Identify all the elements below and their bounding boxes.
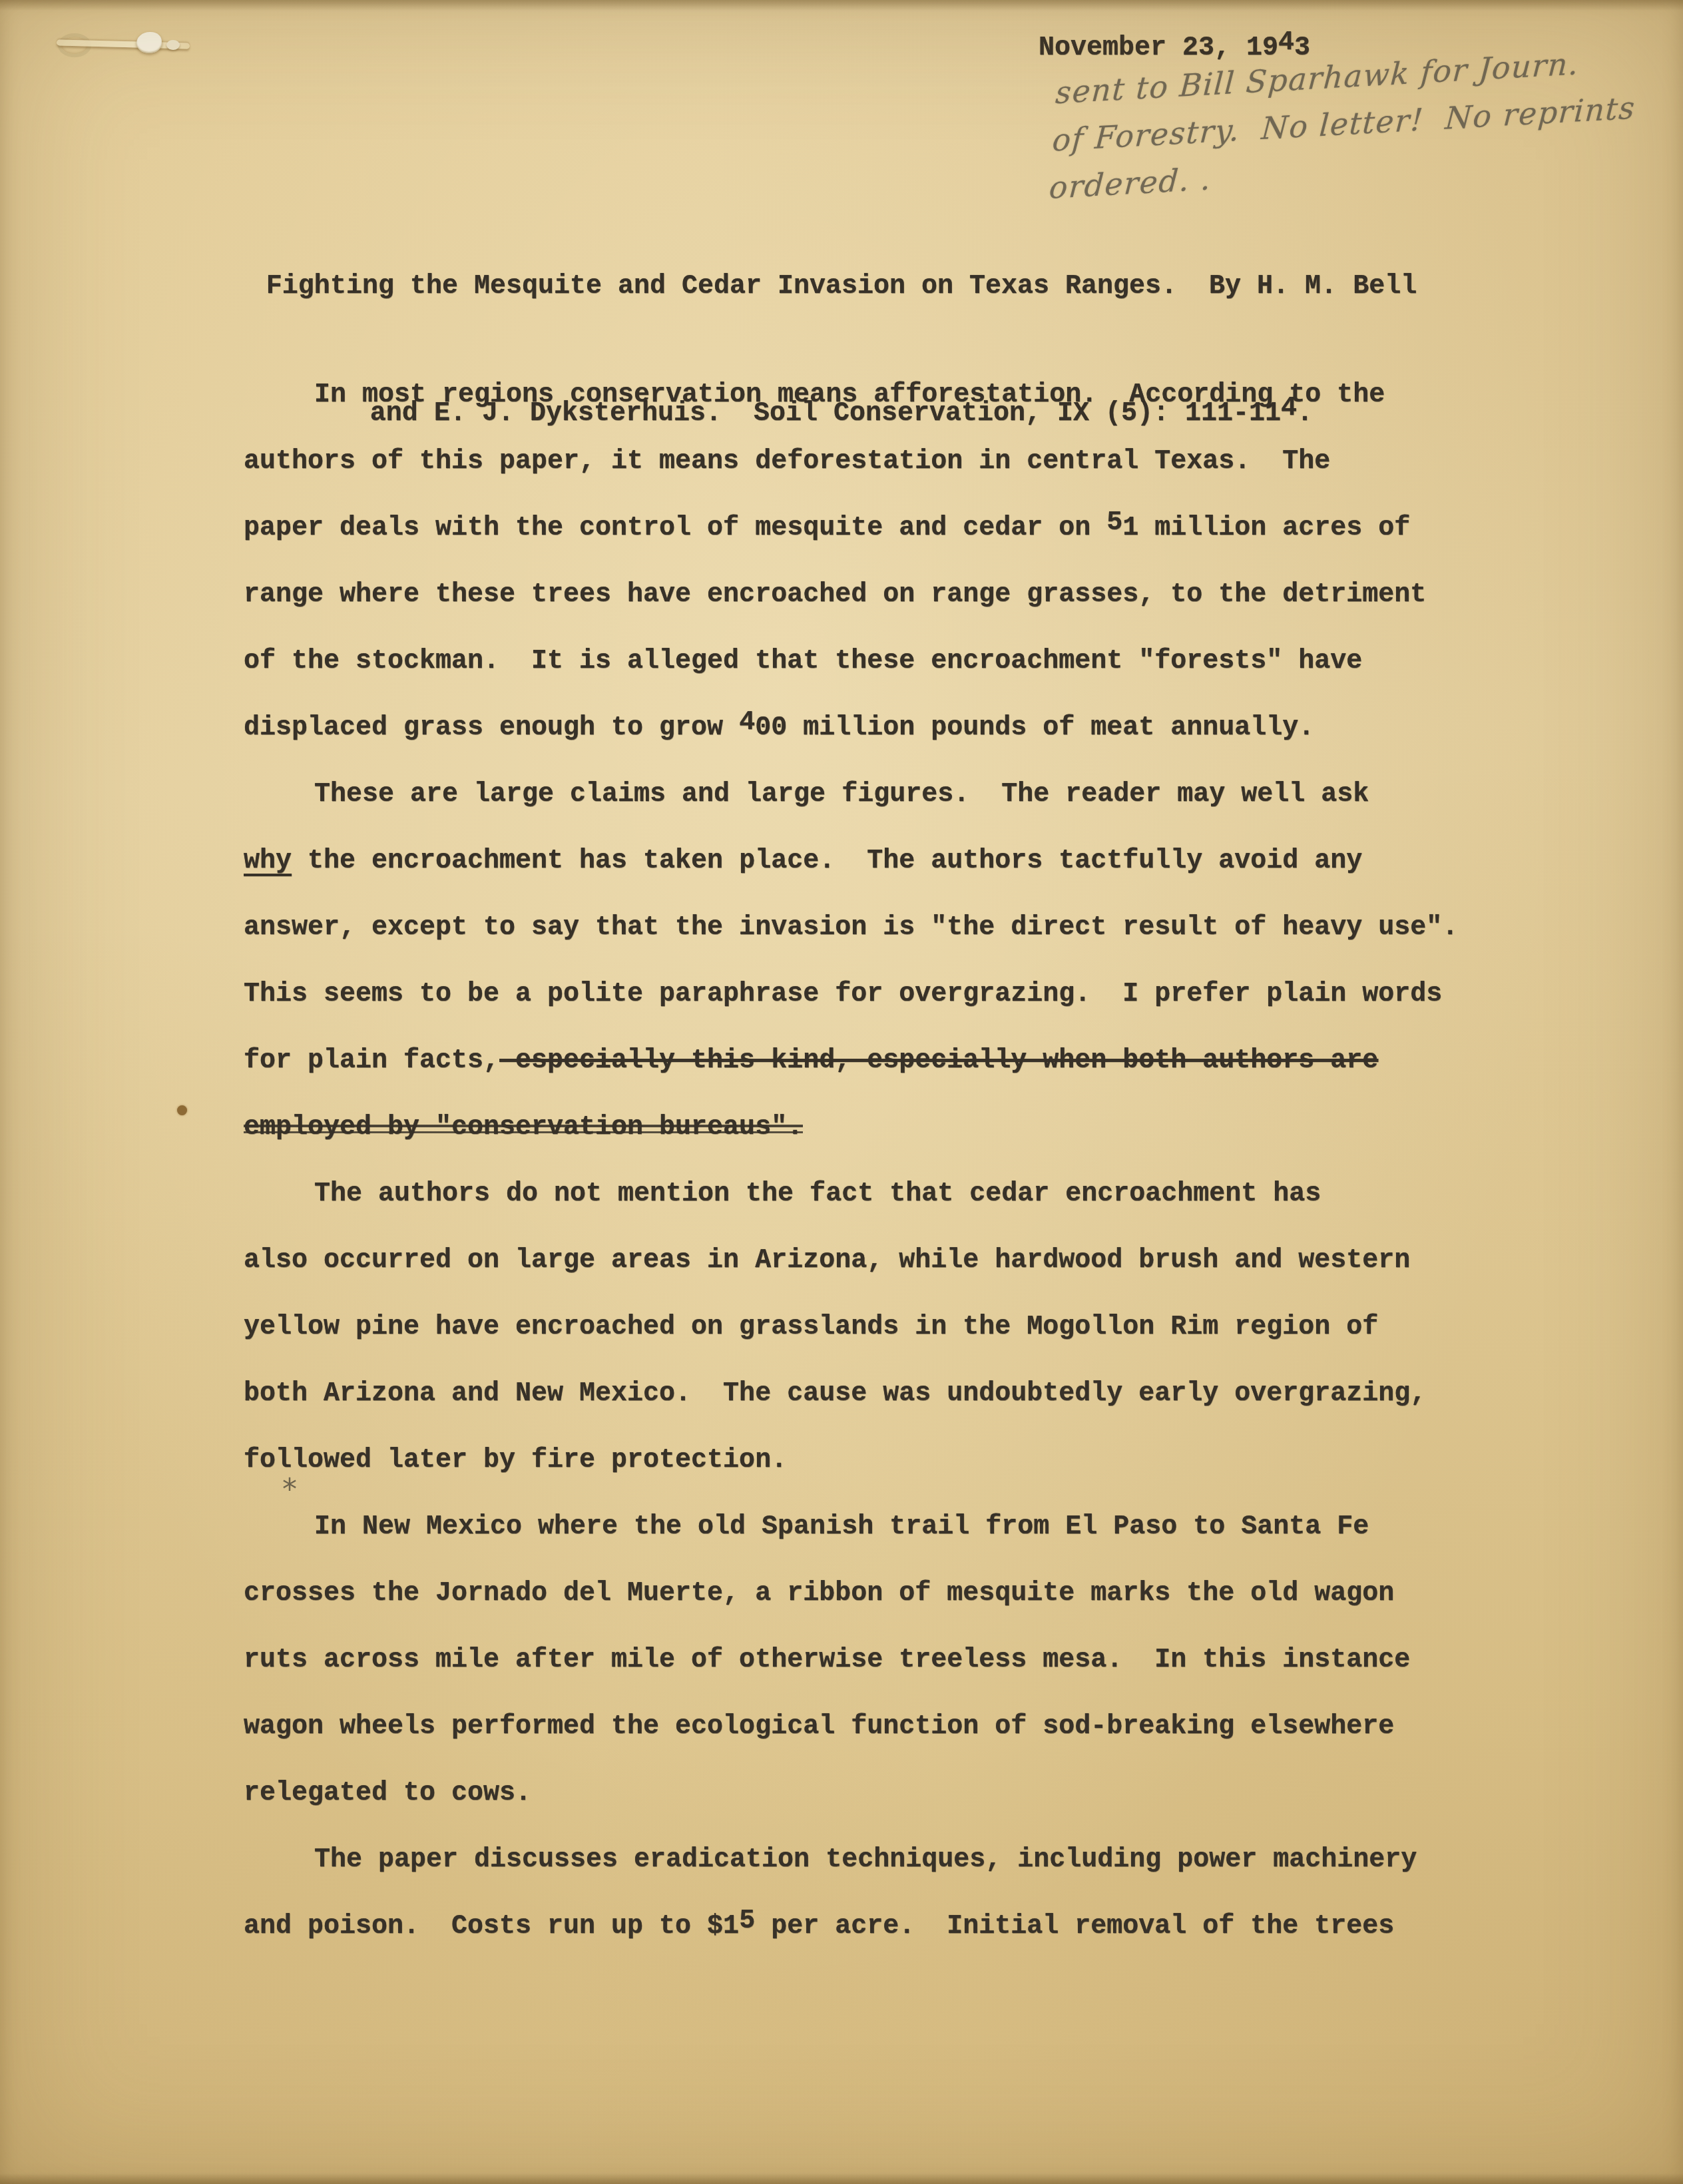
typed-line: also occurred on large areas in Arizona,… bbox=[244, 1228, 1458, 1294]
typed-line: These are large claims and large figures… bbox=[244, 762, 1458, 828]
typed-line: This seems to be a polite paraphrase for… bbox=[244, 961, 1458, 1028]
text-segment: displaced grass enough to grow bbox=[244, 713, 739, 743]
text-segment: answer, except to say that the invasion … bbox=[244, 913, 1458, 943]
typed-line: The paper discusses eradication techniqu… bbox=[244, 1827, 1458, 1894]
tear-crease-loop bbox=[58, 33, 91, 57]
tear-white-chip bbox=[136, 32, 162, 53]
tear-white-chip-small bbox=[166, 40, 180, 50]
text-segment: per acre. Initial removal of the trees bbox=[755, 1912, 1394, 1942]
text-segment: and poison. Costs run up to $1 bbox=[244, 1912, 739, 1942]
text-segment: wagon wheels performed the ecological fu… bbox=[244, 1712, 1394, 1742]
text-segment: 00 million pounds of meat annually. bbox=[755, 713, 1314, 743]
paper-tear-mark bbox=[57, 27, 196, 60]
typed-line: of the stockman. It is alleged that thes… bbox=[244, 629, 1458, 695]
tear-crease-line bbox=[57, 39, 190, 49]
text-segment: 4 bbox=[1278, 28, 1294, 58]
text-segment: This seems to be a polite paraphrase for… bbox=[244, 979, 1442, 1009]
text-segment: yellow pine have encroached on grassland… bbox=[244, 1312, 1378, 1342]
text-segment: range where these trees have encroached … bbox=[244, 580, 1426, 610]
typed-line: followed later by fire protection. bbox=[244, 1428, 1458, 1494]
text-segment: In New Mexico where the old Spanish trai… bbox=[314, 1512, 1369, 1542]
typed-line: wagon wheels performed the ecological fu… bbox=[244, 1694, 1458, 1761]
typed-line: The authors do not mention the fact that… bbox=[244, 1161, 1458, 1228]
typed-line: why the encroachment has taken place. Th… bbox=[244, 828, 1458, 895]
text-segment: Fighting the Mesquite and Cedar Invasion… bbox=[266, 272, 1417, 302]
citation-title-line-1: Fighting the Mesquite and Cedar Invasion… bbox=[0, 272, 1683, 302]
typed-line: employed by "conservation bureaus". bbox=[244, 1095, 1458, 1161]
text-segment: of the stockman. It is alleged that thes… bbox=[244, 647, 1362, 677]
text-segment: crosses the Jornado del Muerte, a ribbon… bbox=[244, 1579, 1394, 1609]
text-segment: These are large claims and large figures… bbox=[314, 780, 1369, 810]
typed-line: paper deals with the control of mesquite… bbox=[244, 495, 1458, 562]
text-segment: also occurred on large areas in Arizona,… bbox=[244, 1246, 1410, 1276]
text-segment: why bbox=[244, 846, 292, 876]
text-segment: 5 bbox=[739, 1906, 755, 1936]
text-segment: The authors do not mention the fact that… bbox=[314, 1179, 1321, 1209]
text-segment: relegated to cows. bbox=[244, 1778, 531, 1808]
pencil-asterisk-mark: * bbox=[282, 1473, 297, 1507]
typed-line: ruts across mile after mile of otherwise… bbox=[244, 1627, 1458, 1694]
text-segment: The paper discusses eradication techniqu… bbox=[314, 1845, 1417, 1875]
ink-speck bbox=[177, 1105, 187, 1115]
typed-line: authors of this paper, it means deforest… bbox=[244, 429, 1458, 495]
text-segment: 5 bbox=[1106, 508, 1122, 538]
typed-line: both Arizona and New Mexico. The cause w… bbox=[244, 1361, 1458, 1428]
text-segment: for plain facts, bbox=[244, 1046, 499, 1076]
typed-line: relegated to cows. bbox=[244, 1761, 1458, 1827]
typed-line: answer, except to say that the invasion … bbox=[244, 895, 1458, 961]
typed-line: yellow pine have encroached on grassland… bbox=[244, 1294, 1458, 1361]
document-page: November 23, 1943 sent to Bill Sparhawk … bbox=[0, 0, 1683, 2184]
text-segment: 1 million acres of bbox=[1122, 513, 1410, 543]
text-segment: paper deals with the control of mesquite… bbox=[244, 513, 1106, 543]
review-body-text: In most regions conservation means affor… bbox=[244, 362, 1458, 1960]
typed-line: displaced grass enough to grow 400 milli… bbox=[244, 695, 1458, 762]
text-segment: followed later by fire protection. bbox=[244, 1446, 787, 1476]
text-segment: 4 bbox=[739, 708, 755, 738]
typed-line: range where these trees have encroached … bbox=[244, 562, 1458, 629]
text-segment: In most regions conservation means affor… bbox=[314, 380, 1385, 410]
typed-line: In most regions conservation means affor… bbox=[244, 362, 1458, 429]
text-segment: employed by "conservation bureaus". bbox=[244, 1113, 803, 1143]
text-segment: authors of this paper, it means deforest… bbox=[244, 447, 1330, 477]
scan-edge-top bbox=[0, 0, 1683, 11]
typed-line: In New Mexico where the old Spanish trai… bbox=[244, 1494, 1458, 1561]
typed-line: for plain facts, especially this kind, e… bbox=[244, 1028, 1458, 1095]
scan-edge-bottom bbox=[0, 2173, 1683, 2184]
typed-line: crosses the Jornado del Muerte, a ribbon… bbox=[244, 1561, 1458, 1627]
text-segment: the encroachment has taken place. The au… bbox=[292, 846, 1362, 876]
text-segment: especially this kind, especially when bo… bbox=[499, 1046, 1378, 1076]
typed-line: and poison. Costs run up to $15 per acre… bbox=[244, 1894, 1458, 1960]
text-segment: both Arizona and New Mexico. The cause w… bbox=[244, 1379, 1426, 1409]
text-segment: ruts across mile after mile of otherwise… bbox=[244, 1645, 1410, 1675]
